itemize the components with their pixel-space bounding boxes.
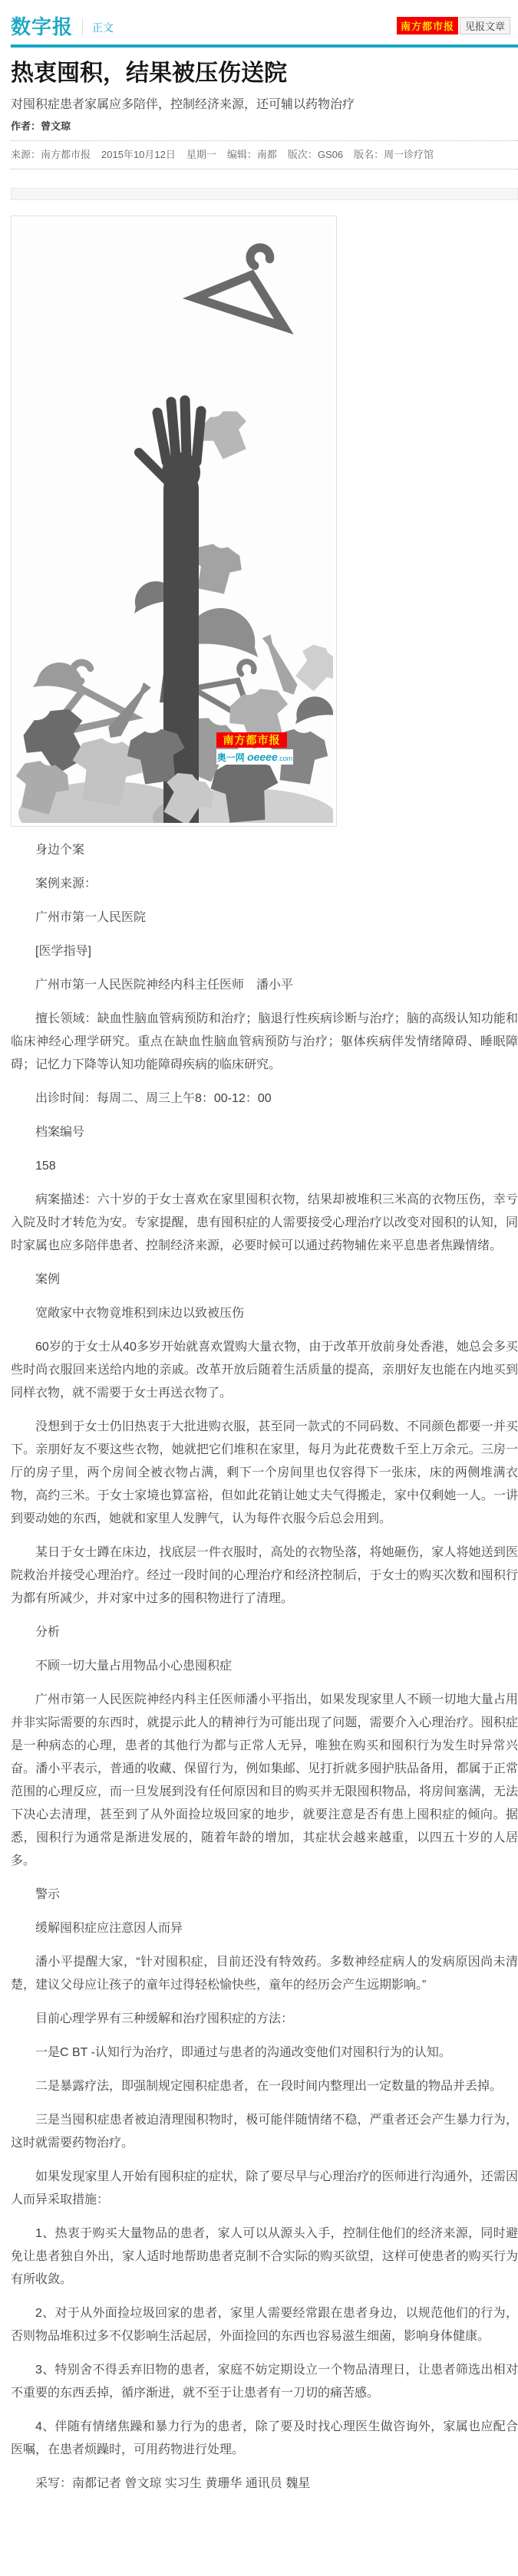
- paragraph: 3、特别舍不得丢弃旧物的患者，家庭不妨定期设立一个物品清理日，让患者筛选出相对不…: [11, 2359, 518, 2405]
- paragraph: 158: [11, 1155, 518, 1178]
- paragraph: 警示: [11, 1883, 518, 1907]
- paragraph: 1、热衷于购买大量物品的患者，家人可以从源头入手，控制住他们的经济来源，同时避免…: [11, 2222, 518, 2291]
- breadcrumb-section: 正文: [92, 20, 114, 35]
- paragraph: 案例来源：: [11, 873, 518, 896]
- paragraph: 出诊时间：每周二、周三上午8：00-12：00: [11, 1087, 518, 1110]
- paragraph: 身边个案: [11, 839, 518, 862]
- paragraph: 档案编号: [11, 1121, 518, 1144]
- site-header: 数字报 正文 南方都市报 见报文章: [11, 12, 518, 38]
- watermark-paper-logo: 南方都市报: [216, 732, 287, 748]
- meta-item: 编辑：南都: [227, 149, 277, 160]
- author-line: 作者：曾文琼: [11, 120, 518, 133]
- paragraph: 潘小平提醒大家，“针对囤积症，目前还没有特效药。多数神经症病人的发病原因尚未清楚…: [11, 1951, 518, 1997]
- paragraph: 病案描述：六十岁的于女士喜欢在家里囤积衣物，结果却被堆积三米高的衣物压伤，幸亏入…: [11, 1189, 518, 1258]
- paragraph: 二是暴露疗法，即强制规定囤积症患者，在一段时间内整理出一定数量的物品并丢掉。: [11, 2075, 518, 2098]
- dotted-separator-bottom: [11, 169, 518, 169]
- paragraph: 不顾一切大量占用物品小心患囤积症: [11, 1655, 518, 1678]
- meta-item: 版名：周一诊疗馆: [354, 149, 434, 160]
- article-subtitle: 对囤积症患者家属应多陪伴，控制经济来源，还可辅以药物治疗: [11, 97, 518, 114]
- dotted-separator-top: [11, 140, 518, 141]
- article-body: 身边个案案例来源：广州市第一人民医院[医学指导]广州市第一人民医院神经内科主任医…: [11, 839, 518, 2495]
- paragraph: 擅长领域：缺血性脑血管病预防和治疗；脑退行性疾病诊断与治疗；脑的高级认知功能和临…: [11, 1008, 518, 1077]
- site-brand-link[interactable]: 数字报: [11, 12, 73, 40]
- watermark-site-prefix: 奥一网: [217, 752, 245, 763]
- page-title: 热衷囤积，结果被压伤送院: [11, 58, 518, 89]
- toolbar-placeholder: [11, 188, 518, 200]
- paragraph: 没想到于女士仍旧热衷于大批进购衣服，甚至同一款式的不同码数、不同颜色都要一并买下…: [11, 1416, 518, 1531]
- paragraph: 广州市第一人民医院神经内科主任医师潘小平指出，如果发现家里人不顾一切地大量占用并…: [11, 1689, 518, 1873]
- seen-in-print-button[interactable]: 见报文章: [460, 17, 510, 35]
- paragraph: 缓解囤积症应注意因人而异: [11, 1917, 518, 1940]
- paper-logo-badge: 南方都市报: [397, 17, 458, 35]
- paragraph: 2、对于从外面捡垃圾回家的患者，家里人需要经常跟在患者身边，以规范他们的行为，否…: [11, 2302, 518, 2348]
- paragraph: [医学指导]: [11, 940, 518, 963]
- watermark-site-name: oeeee: [247, 751, 278, 763]
- paragraph: 广州市第一人民医院神经内科主任医师 潘小平: [11, 974, 518, 997]
- meta-row: 来源：南方都市报2015年10月12日星期一编辑：南都版次：GS06版名：周一诊…: [11, 148, 518, 162]
- watermark-site-logo: 奥一网 oeeee.com: [216, 749, 293, 765]
- meta-item: 版次：GS06: [288, 149, 343, 160]
- paragraph: 宽敞家中衣物竟堆积到床边以致被压伤: [11, 1302, 518, 1325]
- paragraph: 60岁的于女士从40多岁开始就喜欢置购大量衣物，由于改革开放前身处香港，她总会多…: [11, 1336, 518, 1405]
- paragraph: 如果发现家里人开始有囤积症的症状，除了要尽早与心理治疗的医师进行沟通外，还需因人…: [11, 2166, 518, 2212]
- header-divider: [82, 18, 83, 35]
- watermark-site-tld: .com: [278, 755, 293, 762]
- paragraph: 案例: [11, 1268, 518, 1291]
- paragraph: 目前心理学界有三种缓解和治疗囤积症的方法：: [11, 2008, 518, 2031]
- accent-rule: [11, 44, 518, 48]
- meta-item: 来源：南方都市报: [11, 149, 91, 160]
- paragraph: 广州市第一人民医院: [11, 906, 518, 929]
- page: 数字报 正文 南方都市报 见报文章 热衷囤积，结果被压伤送院 对囤积症患者家属应…: [0, 0, 518, 2576]
- paragraph: 采写：南都记者 曾文琼 实习生 黄珊华 通讯员 魏星: [11, 2472, 518, 2495]
- hoarding-illustration: 南方都市报 奥一网 oeeee.com: [11, 215, 337, 827]
- paragraph: 4、伴随有情绪焦躁和暴力行为的患者，除了要及时找心理医生做咨询外，家属也应配合医…: [11, 2416, 518, 2462]
- meta-item: 2015年10月12日: [101, 149, 176, 160]
- meta-item: 星期一: [186, 149, 216, 160]
- paragraph: 分析: [11, 1621, 518, 1644]
- paragraph: 三是当囤积症患者被迫清理囤积物时，极可能伴随情绪不稳，严重者还会产生暴力行为，这…: [11, 2109, 518, 2155]
- paragraph: 某日于女士蹲在床边，找底层一件衣服时，高处的衣物坠落，将她砸伤，家人将她送到医院…: [11, 1541, 518, 1610]
- paragraph: 一是C BT -认知行为治疗，即通过与患者的沟通改变他们对囤积行为的认知。: [11, 2041, 518, 2064]
